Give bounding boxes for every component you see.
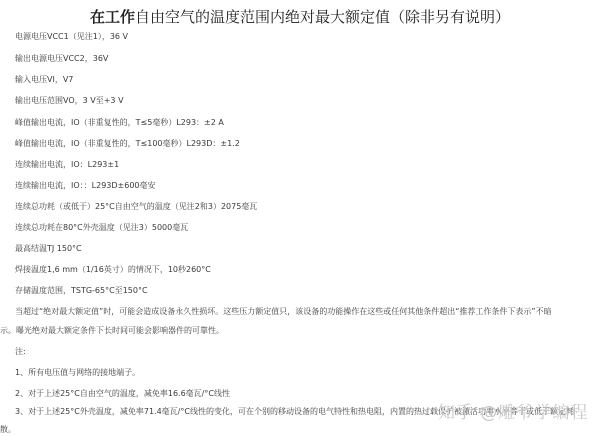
spec-line: 输出电压范围VO，3 V至+3 V bbox=[15, 95, 124, 106]
spec-line: 电源电压VCC1（见注1），36 V bbox=[15, 31, 128, 42]
spec-line: 连续输出电流，IO：L293±1 bbox=[15, 159, 119, 170]
spec-line: 连续输出电流，IO：：L293D±600毫安 bbox=[15, 180, 156, 191]
spec-line: 输入电压VI，V7 bbox=[15, 74, 73, 85]
spec-line: 输出电源电压VCC2，36V bbox=[15, 53, 108, 64]
warning-paragraph-line2: 示。曝光绝对最大额定条件下长时间可能会影响器件的可靠性。 bbox=[0, 325, 224, 336]
note-item: 2、对于上述25°C自由空气的温度，减免率16.6毫瓦/°C线性 bbox=[15, 388, 230, 399]
spec-line: 连续总功耗（或低于）25°C自由空气的温度（见注2和3）2075毫瓦 bbox=[15, 201, 257, 212]
note-item-continuation: 散。 bbox=[0, 424, 16, 435]
spec-line: 峰值输出电流，IO（非重复性的，T≤5毫秒）L293：±2 A bbox=[15, 117, 224, 128]
spec-line: 峰值输出电流，IO（非重复性的，T≤100毫秒）L293D：±1.2 bbox=[15, 138, 240, 149]
warning-paragraph-line1: 当超过“绝对最大额定值”时，可能会造成设备永久性损坏。这些压力额定值只，该设备的… bbox=[15, 306, 552, 317]
spec-line: 存储温度范围，TSTG-65°C至150°C bbox=[15, 285, 148, 296]
spec-line: 焊接温度1,6 mm（1/16英寸）的情况下，10秒260°C bbox=[15, 264, 211, 275]
page-title: 在工作自由空气的温度范围内绝对最大额定值（除非另有说明） bbox=[0, 6, 600, 27]
page-title-rest: 自由空气的温度范围内绝对最大额定值（除非另有说明） bbox=[135, 8, 510, 26]
note-item: 1、所有电压值与网络的接地端子。 bbox=[15, 367, 140, 378]
spec-line: 连续总功耗在80°C外壳温度（见注3）5000毫瓦 bbox=[15, 222, 188, 233]
watermark: 知乎 @雕爷学编程 bbox=[438, 398, 588, 423]
spec-line: 最高结温TJ 150°C bbox=[15, 243, 82, 254]
page-title-bold: 在工作 bbox=[90, 8, 135, 26]
notes-label: 注: bbox=[15, 346, 26, 357]
